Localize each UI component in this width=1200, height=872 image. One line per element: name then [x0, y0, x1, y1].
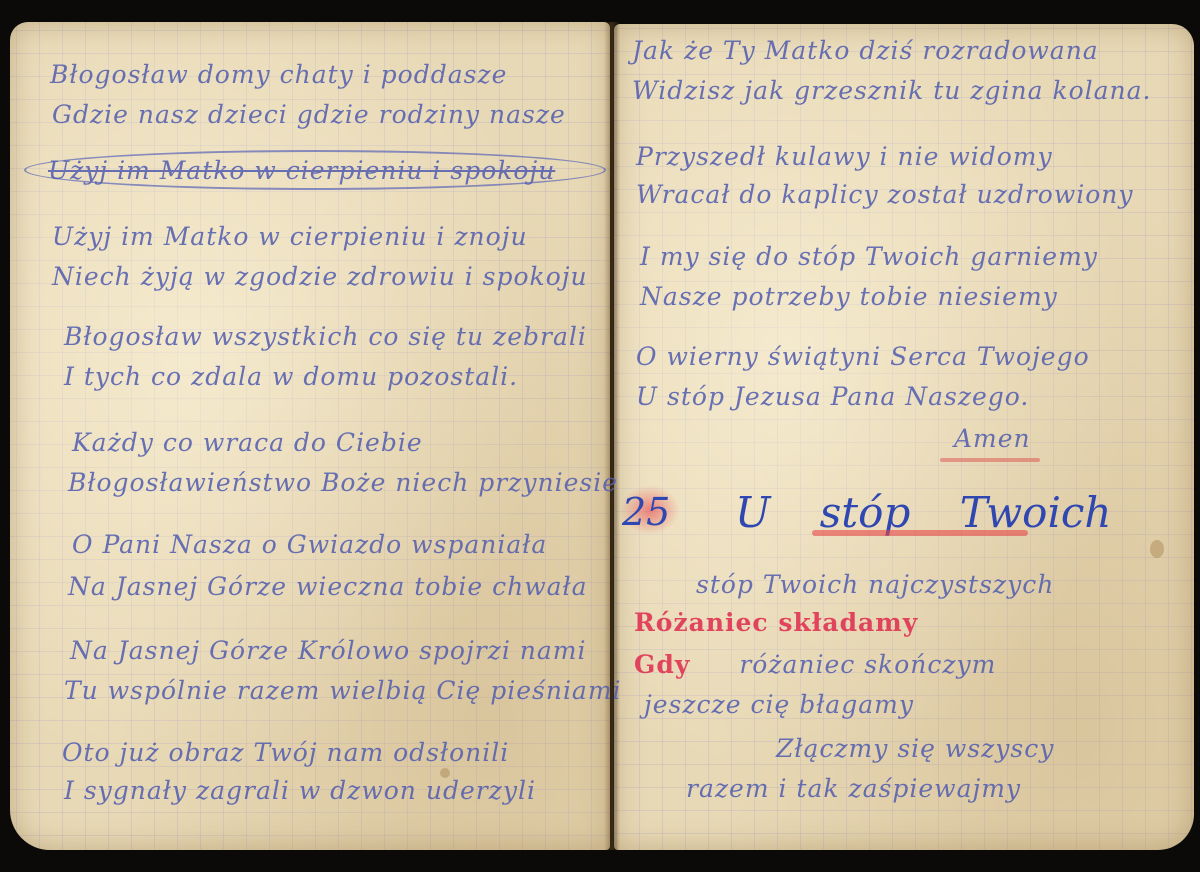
- right-line-1: Jak że Ty Matko dziś rozradowana: [632, 36, 1099, 65]
- right-line-6: Nasze potrzeby tobie niesiemy: [640, 282, 1058, 311]
- left-line-2: Gdzie nasz dzieci gdzie rodziny nasze: [52, 100, 566, 129]
- right-line-4: Wracał do kaplicy został uzdrowiony: [636, 180, 1134, 209]
- left-line-5: Błogosław wszystkich co się tu zebrali: [64, 322, 587, 351]
- right-line-3: Przyszedł kulawy i nie widomy: [636, 142, 1053, 171]
- left-line-struck: Użyj im Matko w cierpieniu i spokoju: [48, 156, 555, 185]
- song-line-5: Złączmy się wszyscy: [776, 734, 1054, 763]
- notebook-spine: [604, 22, 620, 850]
- song-line-6: razem i tak zaśpiewajmy: [686, 774, 1021, 803]
- paper-stain: [1150, 540, 1164, 558]
- gdy-red-word: Gdy: [634, 650, 690, 679]
- left-line-3: Użyj im Matko w cierpieniu i znoju: [52, 222, 528, 251]
- left-line-9: O Pani Nasza o Gwiazdo wspaniała: [72, 530, 547, 559]
- left-line-11: Na Jasnej Górze Królowo spojrzi nami: [70, 636, 587, 665]
- left-line-10: Na Jasnej Górze wieczna tobie chwała: [68, 572, 588, 601]
- right-line-5: I my się do stóp Twoich garniemy: [640, 242, 1098, 271]
- left-line-14: I sygnały zagrali w dzwon uderzyli: [64, 776, 536, 805]
- song-line-4: jeszcze cię błagamy: [644, 690, 914, 719]
- left-line-1: Błogosław domy chaty i poddasze: [50, 60, 507, 89]
- left-line-6: I tych co zdala w domu pozostali.: [64, 362, 518, 391]
- right-line-7: O wierny świątyni Serca Twojego: [636, 342, 1090, 371]
- song-line-1: stóp Twoich najczystszych: [696, 570, 1054, 599]
- notebook-spread: Błogosław domy chaty i poddasze Gdzie na…: [0, 0, 1200, 872]
- song-number: 25: [622, 490, 670, 534]
- song-line-3: Gdy różaniec skończym: [634, 650, 996, 679]
- left-line-4: Niech żyją w zgodzie zdrowiu i spokoju: [52, 262, 588, 291]
- left-line-12: Tu wspólnie razem wielbią Cię pieśniami: [64, 676, 622, 705]
- song-line-2-red: Różaniec składamy: [634, 608, 918, 637]
- right-line-2: Widzisz jak grzesznik tu zgina kolana.: [632, 76, 1152, 105]
- left-line-7: Każdy co wraca do Ciebie: [72, 428, 423, 457]
- title-red-underline: [812, 530, 1028, 536]
- left-line-13: Oto już obraz Twój nam odsłonili: [62, 738, 509, 767]
- right-line-8: U stóp Jezusa Pana Naszego.: [636, 382, 1029, 411]
- amen-underline: [940, 458, 1040, 462]
- amen-text: Amen: [954, 424, 1031, 453]
- song-line-3-rest: różaniec skończym: [739, 650, 996, 679]
- left-line-8: Błogosławieństwo Boże niech przyniesie: [68, 468, 618, 497]
